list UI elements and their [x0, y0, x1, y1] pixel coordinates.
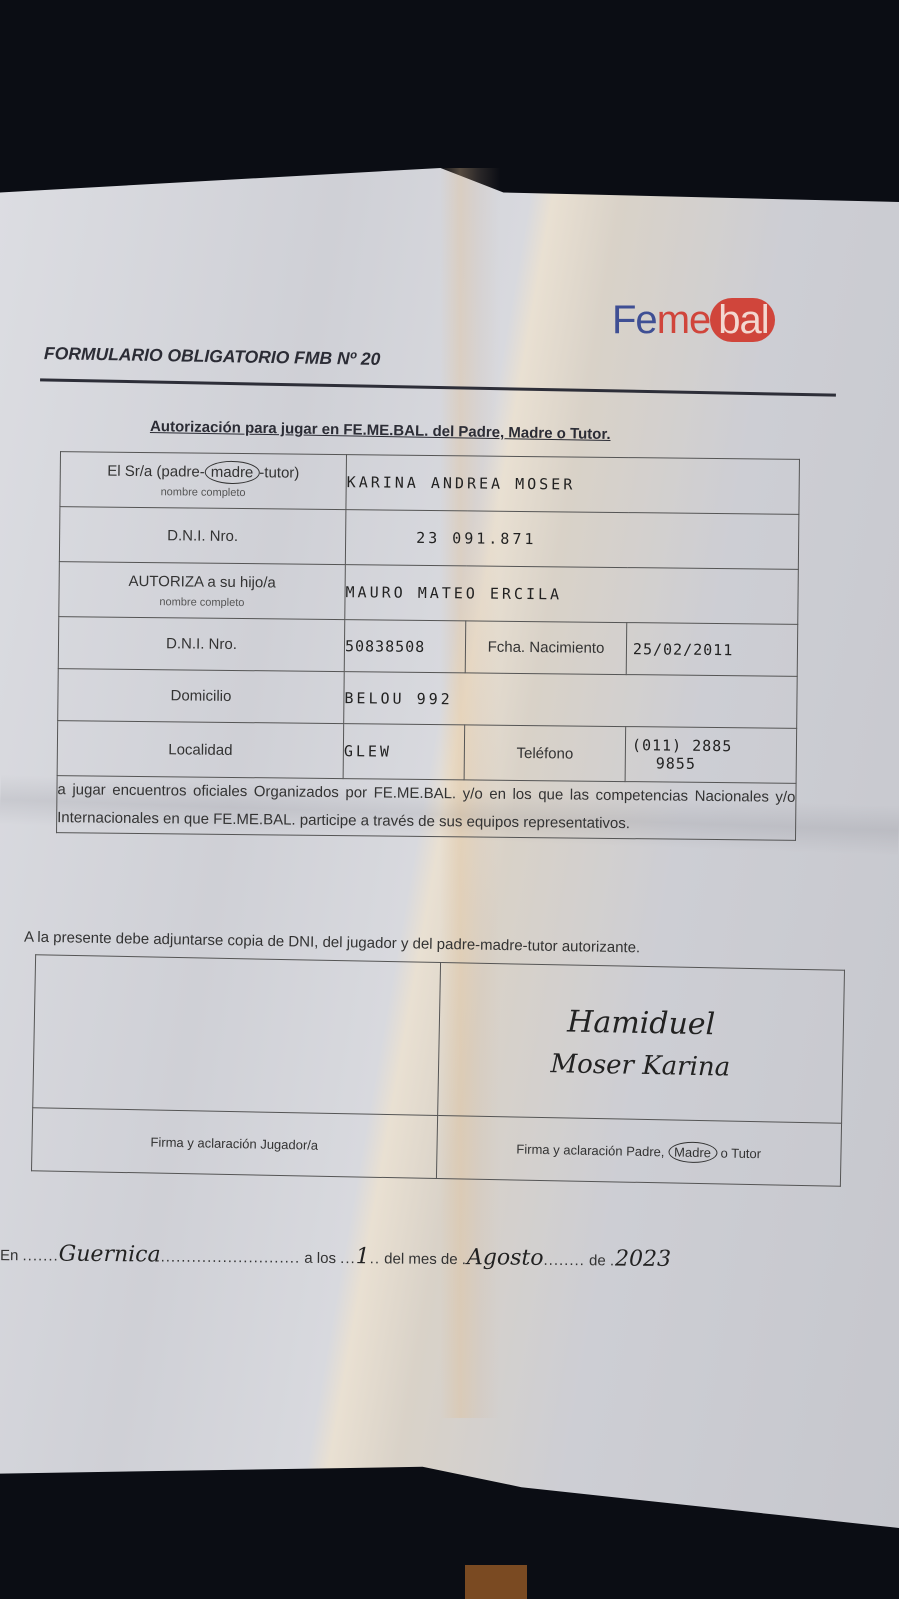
phone-line-2: 9855 [632, 754, 696, 773]
day-field[interactable]: 1 [356, 1244, 370, 1269]
player-signature-label: Firma y aclaración Jugador/a [32, 1108, 438, 1179]
locality-label: Localidad [57, 721, 344, 779]
guardian-signature-field[interactable]: Hamiduel Moser Karina [437, 963, 844, 1124]
year-field[interactable]: 2023 [615, 1246, 671, 1271]
row-guardian-dni: D.N.I. Nro. 23 091.871 [59, 507, 799, 570]
guardian-name-field[interactable]: KARINA ANDREA MOSER [346, 455, 800, 515]
phone-field[interactable]: (011) 2885 9855 [625, 727, 797, 784]
dotted-leader: .. [370, 1250, 380, 1267]
guardian-signature-label: Firma y aclaración Padre, Madre o Tutor [436, 1115, 842, 1186]
circled-option: Madre [668, 1141, 717, 1163]
dotted-leader: ....... [22, 1247, 58, 1264]
guardian-name-label: El Sr/a (padre-madre-tutor) nombre compl… [60, 452, 347, 510]
authorization-table: El Sr/a (padre-madre-tutor) nombre compl… [56, 451, 800, 841]
label-text: o Tutor [720, 1145, 761, 1161]
month-prefix: del mes de [384, 1250, 458, 1268]
guardian-signature: Hamiduel [440, 1002, 842, 1045]
place-prefix: En [0, 1247, 18, 1264]
child-name-field[interactable]: MAURO MATEO ERCILA [345, 565, 799, 625]
guardian-dni-field[interactable]: 23 091.871 [345, 510, 799, 570]
row-child-dni: D.N.I. Nro. 50838508 Fcha. Nacimiento 25… [58, 617, 798, 677]
city-field[interactable]: Guernica [59, 1242, 161, 1268]
child-dni-field[interactable]: 50838508 [344, 620, 466, 673]
row-address: Domicilio BELOU 992 [58, 669, 798, 729]
address-field[interactable]: BELOU 992 [344, 672, 798, 729]
row-child-name: AUTORIZA a su hijo/a nombre completo MAU… [59, 562, 799, 625]
child-dni-label: D.N.I. Nro. [58, 617, 345, 672]
month-field[interactable]: Agosto [467, 1245, 544, 1271]
full-name-hint: nombre completo [59, 595, 344, 610]
label-text: -tutor) [259, 464, 299, 481]
address-label: Domicilio [58, 669, 345, 724]
femebal-logo: Femebal [612, 296, 775, 344]
authorization-text: a jugar encuentros oficiales Organizados… [57, 776, 797, 841]
day-prefix: a los [304, 1250, 336, 1267]
birth-date-field[interactable]: 25/02/2011 [626, 623, 798, 677]
guardian-clarification: Moser Karina [439, 1047, 841, 1085]
row-authorization-text: a jugar encuentros oficiales Organizados… [57, 776, 797, 841]
player-signature-field[interactable] [33, 955, 440, 1116]
circled-option: madre [205, 460, 260, 484]
logo-text-me: me [657, 298, 711, 342]
guardian-dni-label: D.N.I. Nro. [59, 507, 346, 565]
logo-text-bal: bal [710, 298, 774, 342]
phone-line-1: (011) 2885 [632, 736, 732, 755]
logo-text-fe: Fe [612, 298, 657, 342]
locality-field[interactable]: GLEW [343, 724, 465, 780]
phone-label: Teléfono [464, 725, 626, 782]
label-text: El Sr/a (padre- [107, 462, 205, 480]
dotted-leader: ... [340, 1250, 356, 1267]
year-prefix: de [589, 1252, 606, 1269]
row-locality: Localidad GLEW Teléfono (011) 2885 9855 [57, 721, 797, 784]
full-name-hint: nombre completo [61, 485, 346, 500]
authorizes-label: AUTORIZA a su hijo/a [128, 572, 275, 591]
child-name-label: AUTORIZA a su hijo/a nombre completo [59, 562, 346, 620]
dotted-leader: ........................... [161, 1248, 301, 1266]
row-guardian-name: El Sr/a (padre-madre-tutor) nombre compl… [60, 452, 800, 515]
label-text: Firma y aclaración Padre, [516, 1141, 664, 1159]
background-object [465, 1565, 527, 1599]
birth-date-label: Fcha. Nacimiento [465, 621, 627, 675]
dotted-leader: ........ [543, 1252, 584, 1269]
signature-table: Hamiduel Moser Karina Firma y aclaración… [31, 954, 845, 1187]
signature-row: Hamiduel Moser Karina [33, 955, 845, 1124]
form-paper [0, 168, 899, 1528]
